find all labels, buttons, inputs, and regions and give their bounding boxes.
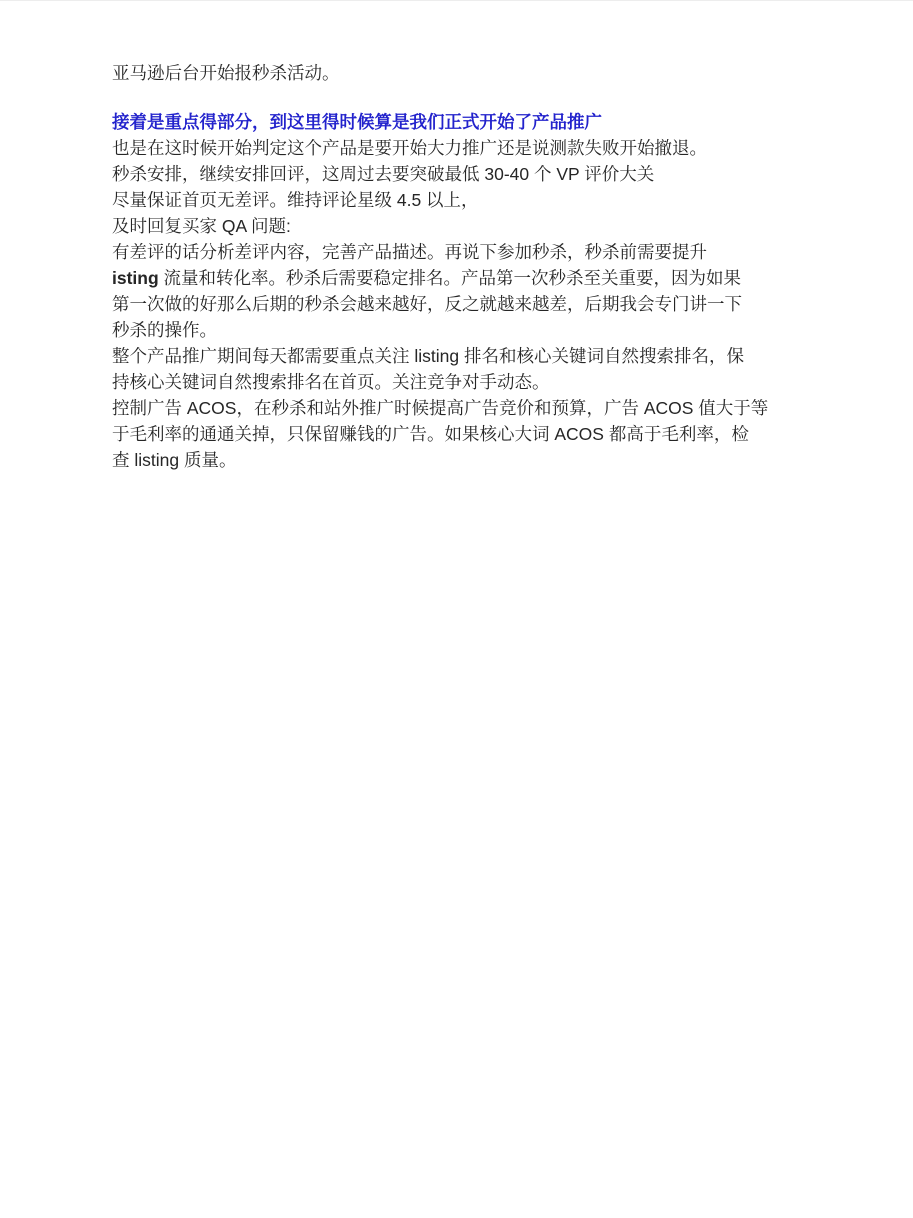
document-content: 亚马逊后台开始报秒杀活动。 接着是重点得部分，到这里得时候算是我们正式开始了产品… — [0, 1, 913, 473]
paragraph-line: 查 listing 质量。 — [112, 447, 803, 473]
paragraph-line: 控制广告 ACOS，在秒杀和站外推广时候提高广告竞价和预算，广告 ACOS 值大… — [112, 395, 803, 421]
document-page: 亚马逊后台开始报秒杀活动。 接着是重点得部分，到这里得时候算是我们正式开始了产品… — [0, 0, 913, 1218]
paragraph-line: 尽量保证首页无差评。维持评论星级 4.5 以上， — [112, 187, 803, 213]
paragraph-line: 于毛利率的通通关掉，只保留赚钱的广告。如果核心大词 ACOS 都高于毛利率，检 — [112, 421, 803, 447]
paragraph-line: 整个产品推广期间每天都需要重点关注 listing 排名和核心关键词自然搜索排名… — [112, 343, 803, 369]
paragraph-line: 秒杀的操作。 — [112, 317, 803, 343]
paragraph-line: 有差评的话分析差评内容，完善产品描述。再说下参加秒杀，秒杀前需要提升 — [112, 239, 803, 265]
paragraph-line: 亚马逊后台开始报秒杀活动。 — [112, 60, 803, 86]
paragraph-line: 及时回复买家 QA 问题: — [112, 213, 803, 239]
line-text: 流量和转化率。秒杀后需要稳定排名。产品第一次秒杀至关重要，因为如果 — [159, 268, 741, 288]
paragraph-line: 第一次做的好那么后期的秒杀会越来越好，反之就越来越差，后期我会专门讲一下 — [112, 291, 803, 317]
paragraph-line: 秒杀安排，继续安排回评，这周过去要突破最低 30-40 个 VP 评价大关 — [112, 161, 803, 187]
section-heading: 接着是重点得部分，到这里得时候算是我们正式开始了产品推广 — [112, 109, 803, 135]
paragraph-line: 持核心关键词自然搜索排名在首页。关注竞争对手动态。 — [112, 369, 803, 395]
paragraph-line: isting 流量和转化率。秒杀后需要稳定排名。产品第一次秒杀至关重要，因为如果 — [112, 265, 803, 291]
blank-line — [112, 86, 803, 109]
paragraph-line: 也是在这时候开始判定这个产品是要开始大力推广还是说测款失败开始撤退。 — [112, 135, 803, 161]
bold-word: isting — [112, 268, 159, 288]
